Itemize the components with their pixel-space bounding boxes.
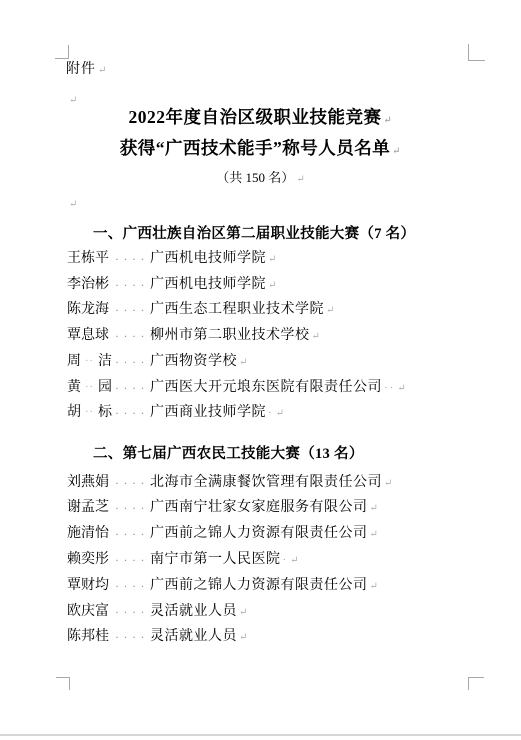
roster-row: 陈龙海····广西生态工程职业技术学院↵ [67, 302, 334, 319]
paragraph-mark: ↵ [311, 331, 319, 342]
roster-row: 刘燕娟····北海市全满康餐饮管理有限责任公司↵ [67, 475, 392, 492]
person-name-part: 施清怡 [67, 526, 109, 542]
paragraph-mark: ↵ [384, 478, 392, 489]
leader-dots: ···· [115, 579, 149, 593]
person-name-part: 园 [98, 380, 112, 396]
blank-line: ↵ [67, 196, 77, 213]
paragraph-mark: ↵ [69, 199, 77, 210]
person-name-part: 标 [98, 405, 112, 421]
paragraph-mark: ↵ [276, 408, 284, 419]
page-bottom-edge [0, 734, 521, 736]
person-name-part: 谢孟芝 [67, 500, 109, 516]
crop-mark-bottom-left [56, 677, 70, 690]
roster-row: 施清怡····广西前之锦人力资源有限责任公司↵ [67, 526, 378, 543]
person-name-part: 陈邦桂 [67, 629, 109, 645]
person-name-part: 刘燕娟 [67, 475, 109, 491]
trailing-space-marks: · [268, 407, 274, 419]
doc-title-line2: 获得“广西技术能手”称号人员名单 [120, 138, 391, 158]
org-name: 广西生态工程职业技术学院 [150, 302, 324, 317]
leader-dots: ···· [115, 476, 149, 490]
roster-row: 欧庆富····灵活就业人员↵ [67, 604, 247, 621]
doc-subtitle: （共 150 名） [216, 170, 294, 185]
person-name: 李治彬 [67, 277, 112, 293]
leader-dots: ···· [115, 329, 149, 343]
roster-row: 周··洁····广西物资学校↵ [67, 354, 247, 371]
doc-subtitle-wrap: （共 150 名）↵ [0, 170, 521, 188]
section-heading: 二、第七届广西农民工技能大赛（13 名） [93, 446, 364, 462]
paragraph-mark: ↵ [69, 95, 77, 106]
paragraph-mark: ↵ [369, 529, 377, 540]
crop-mark-bottom-right [468, 677, 484, 690]
leader-dots: ···· [115, 605, 149, 619]
org-name: 广西机电技师学院 [150, 277, 266, 292]
section-heading: 一、广西壮族自治区第二届职业技能大赛（7 名） [93, 226, 415, 242]
person-name-part: 李治彬 [67, 277, 109, 293]
paragraph-mark: ↵ [384, 115, 393, 126]
paragraph-mark: ↵ [98, 65, 107, 76]
paragraph-mark: ↵ [326, 305, 334, 316]
crop-mark-top-left [55, 45, 69, 59]
roster-row: 李治彬····广西机电技师学院↵ [67, 277, 276, 294]
roster-row: 王栋平····广西机电技师学院↵ [67, 251, 276, 268]
org-name: 灵活就业人员 [150, 604, 237, 619]
person-name-part: 陈龙海 [67, 302, 109, 318]
attachment-label: 附件 [66, 62, 96, 77]
person-name: 黄··园 [67, 380, 112, 396]
person-name: 陈龙海 [67, 302, 112, 318]
person-name-part: 覃息球 [67, 328, 109, 344]
person-name: 赖奕彤 [67, 552, 112, 568]
roster-row: 赖奕彤····南宁市第一人民医院·↵ [67, 552, 299, 569]
org-name: 广西前之锦人力资源有限责任公司 [150, 526, 368, 541]
person-name: 施清怡 [67, 526, 112, 542]
person-name: 欧庆富 [67, 604, 112, 620]
trailing-space-marks: · [282, 554, 288, 566]
org-name: 广西前之锦人力资源有限责任公司 [150, 578, 368, 593]
paragraph-mark: ↵ [239, 632, 247, 643]
org-name: 广西机电技师学院 [150, 251, 266, 266]
leader-dots: ···· [115, 303, 149, 317]
leader-dots: ···· [115, 278, 149, 292]
paragraph-mark: ↵ [268, 280, 276, 291]
org-name: 柳州市第二职业技术学校 [150, 328, 310, 343]
person-name: 谢孟芝 [67, 500, 112, 516]
org-name: 广西商业技师学院 [150, 405, 266, 420]
paragraph-mark: ↵ [369, 503, 377, 514]
doc-title-line1: 2022年度自治区级职业技能竞赛 [129, 107, 382, 127]
doc-title-line2-wrap: 获得“广西技术能手”称号人员名单↵ [0, 137, 521, 163]
paragraph-mark: ↵ [290, 555, 298, 566]
leader-dots: ···· [115, 553, 149, 567]
person-name: 胡··标 [67, 405, 112, 421]
paragraph-mark: ↵ [239, 357, 247, 368]
roster-row: 覃财均····广西前之锦人力资源有限责任公司↵ [67, 578, 378, 595]
person-name: 覃财均 [67, 578, 112, 594]
space-marks: ·· [85, 354, 94, 370]
paragraph-mark: ↵ [392, 146, 401, 157]
org-name: 南宁市第一人民医院 [150, 552, 281, 567]
crop-mark-top-right [468, 44, 485, 61]
org-name: 广西南宁壮家女家庭服务有限公司 [150, 500, 368, 515]
leader-dots: ···· [115, 630, 149, 644]
org-name: 北海市全满康餐饮管理有限责任公司 [150, 475, 382, 490]
attachment-label-line: 附件↵ [66, 62, 107, 79]
paragraph-mark: ↵ [397, 383, 405, 394]
space-marks: ·· [85, 380, 94, 396]
person-name: 覃息球 [67, 328, 112, 344]
space-marks: ·· [85, 405, 94, 421]
paragraph-mark: ↵ [239, 607, 247, 618]
roster-row: 胡··标····广西商业技师学院·↵ [67, 405, 284, 422]
person-name: 周··洁 [67, 354, 112, 370]
person-name-part: 覃财均 [67, 578, 109, 594]
org-name: 广西物资学校 [150, 354, 237, 369]
person-name-part: 欧庆富 [67, 604, 109, 620]
paragraph-mark: ↵ [268, 254, 276, 265]
leader-dots: ···· [115, 381, 149, 395]
leader-dots: ···· [115, 501, 149, 515]
roster-row: 谢孟芝····广西南宁壮家女家庭服务有限公司↵ [67, 500, 378, 517]
person-name-part: 黄 [67, 380, 81, 396]
doc-title-line1-wrap: 2022年度自治区级职业技能竞赛↵ [0, 106, 521, 132]
roster-row: 覃息球····柳州市第二职业技术学校↵ [67, 328, 320, 345]
leader-dots: ···· [115, 355, 149, 369]
person-name-part: 周 [67, 354, 81, 370]
roster-row: 陈邦桂····灵活就业人员↵ [67, 629, 247, 646]
person-name: 刘燕娟 [67, 475, 112, 491]
document-page: 附件↵ ↵ 2022年度自治区级职业技能竞赛↵ 获得“广西技术能手”称号人员名单… [0, 0, 521, 740]
roster-row: 黄··园····广西医大开元埌东医院有限责任公司··↵ [67, 380, 406, 397]
paragraph-mark: ↵ [296, 174, 304, 185]
leader-dots: ···· [115, 406, 149, 420]
leader-dots: ···· [115, 252, 149, 266]
person-name-part: 洁 [98, 354, 112, 370]
person-name-part: 胡 [67, 405, 81, 421]
org-name: 灵活就业人员 [150, 629, 237, 644]
person-name: 陈邦桂 [67, 629, 112, 645]
org-name: 广西医大开元埌东医院有限责任公司 [150, 380, 382, 395]
person-name-part: 王栋平 [67, 251, 109, 267]
person-name: 王栋平 [67, 251, 112, 267]
paragraph-mark: ↵ [369, 581, 377, 592]
trailing-space-marks: ·· [384, 382, 395, 394]
leader-dots: ···· [115, 527, 149, 541]
person-name-part: 赖奕彤 [67, 552, 109, 568]
